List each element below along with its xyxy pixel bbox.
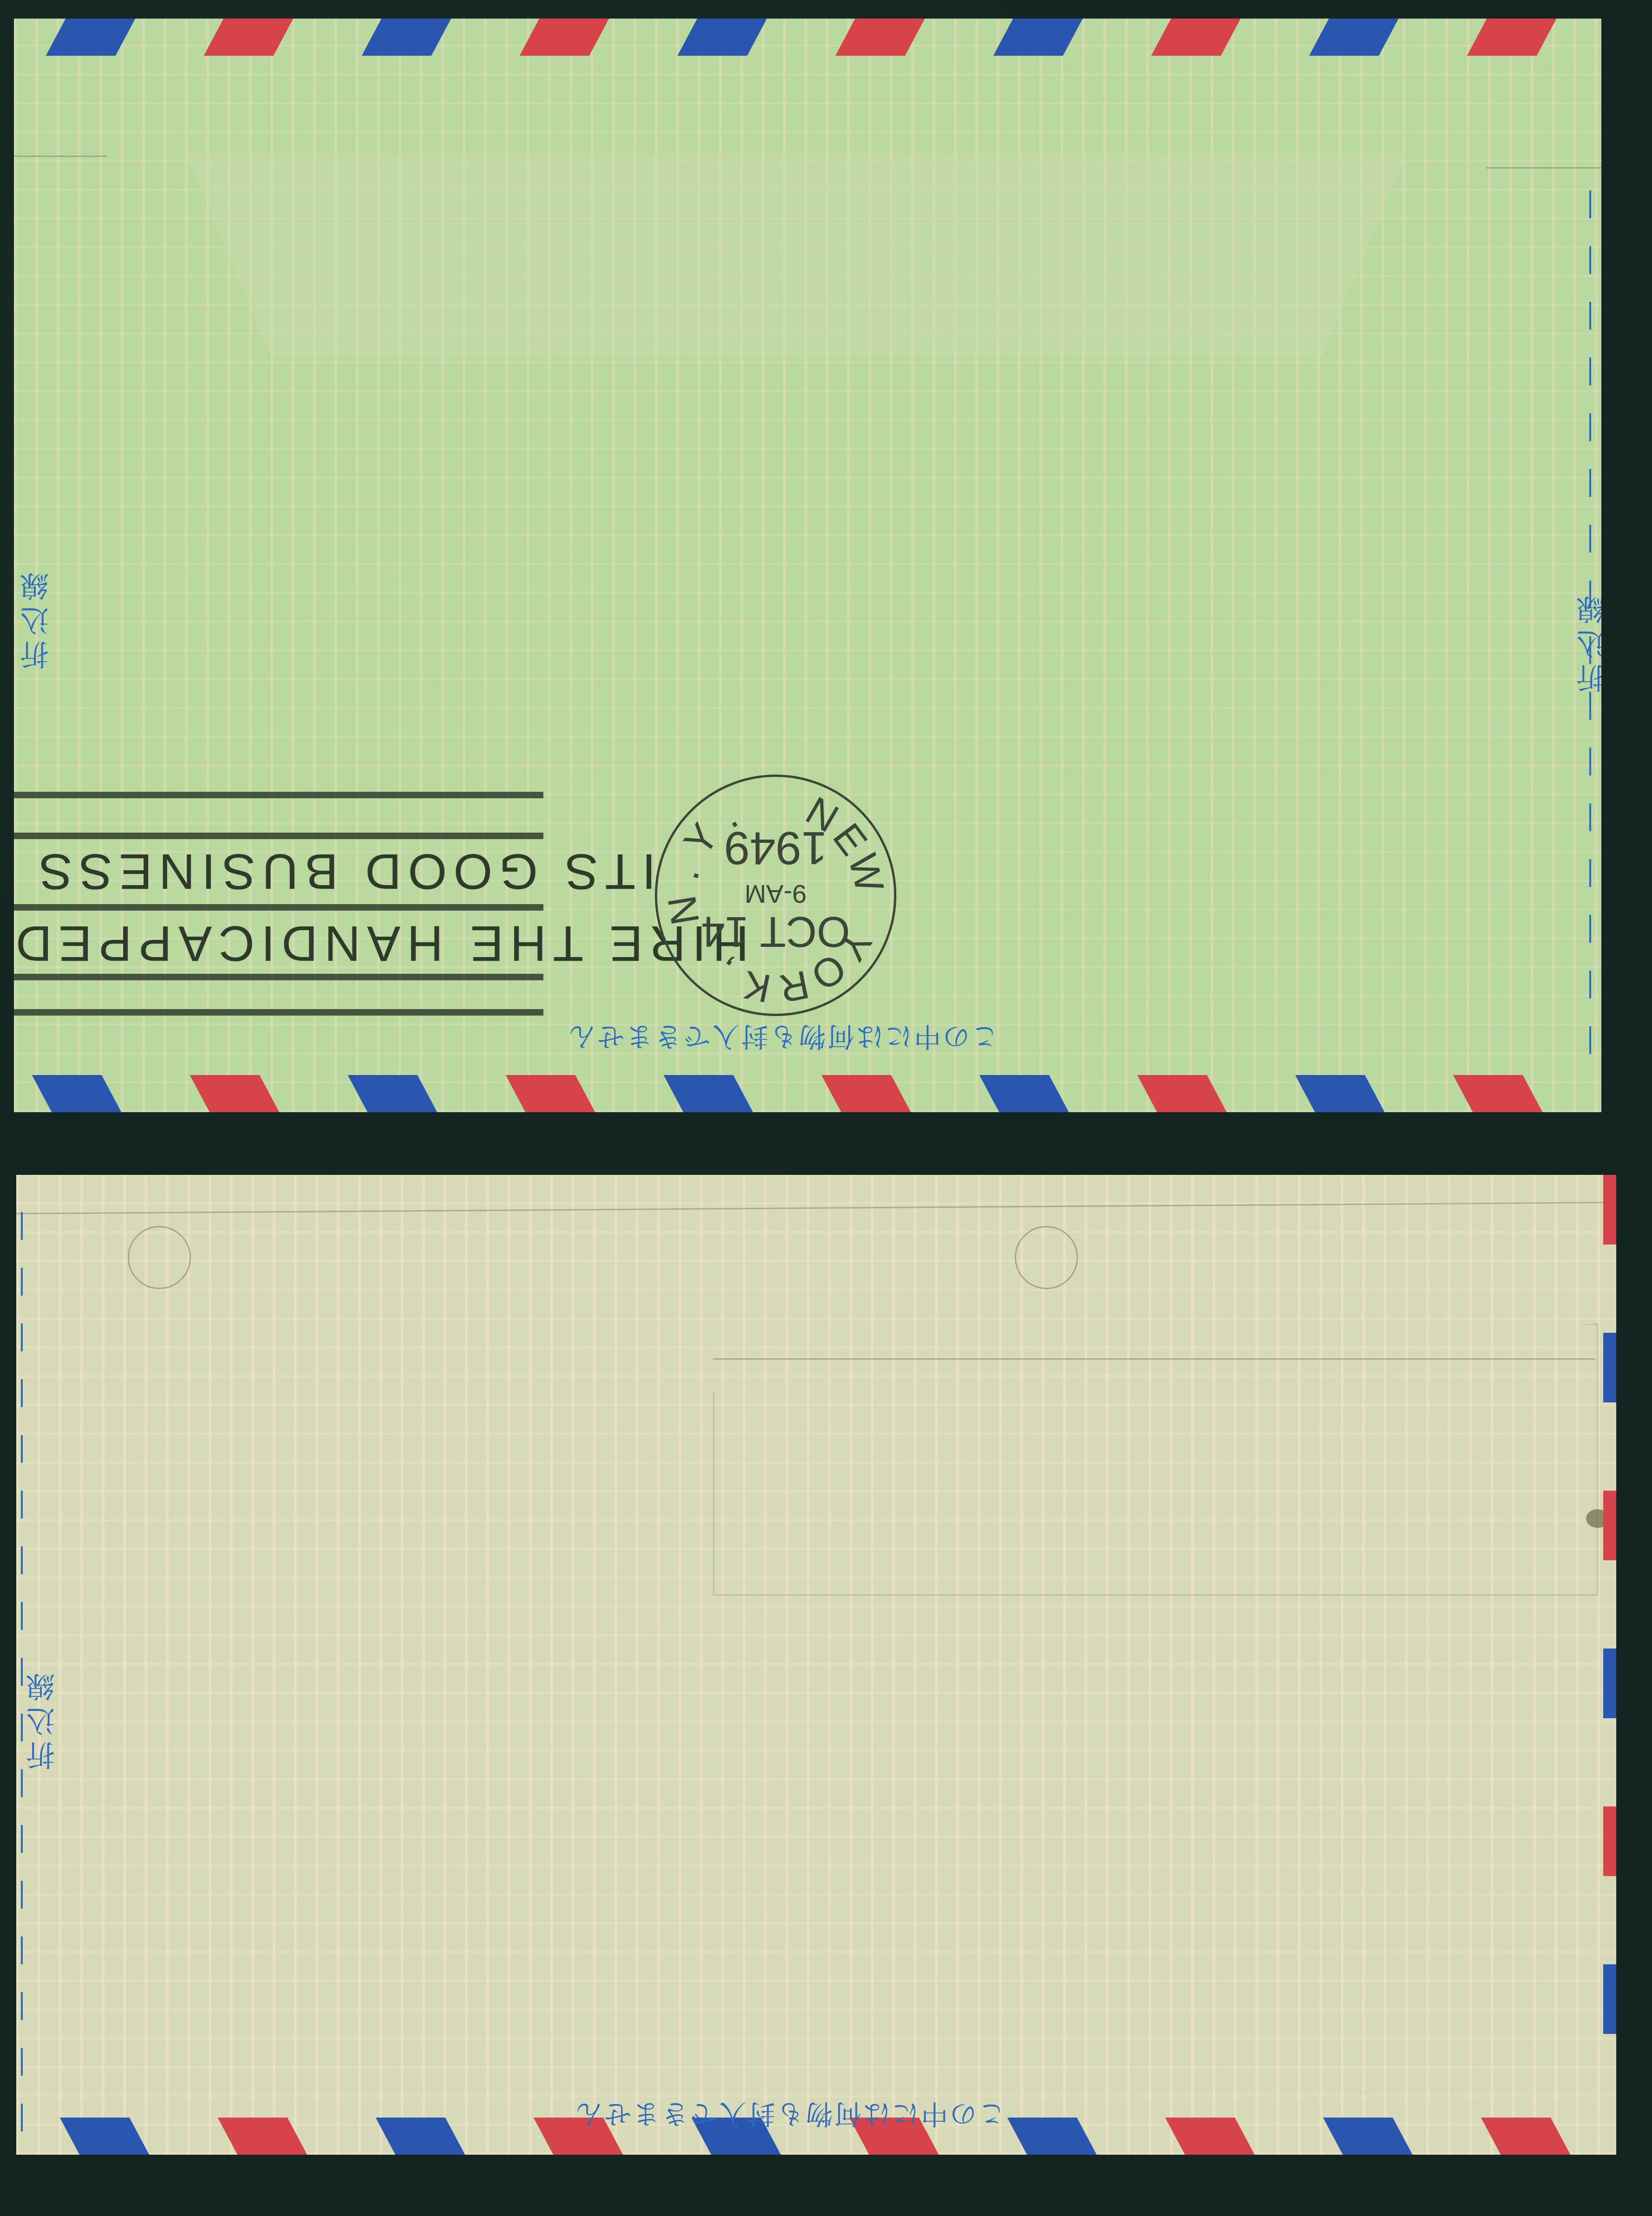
airmail-stripe-red — [1151, 19, 1241, 56]
airmail-stripe-red — [1603, 1491, 1616, 1560]
cancel-bar — [14, 1009, 543, 1016]
airmail-stripe-red — [1467, 19, 1557, 56]
airmail-stripe-red — [218, 2118, 307, 2155]
fold-line — [1486, 167, 1601, 169]
airmail-stripe-red — [520, 19, 609, 56]
airmail-stripe-blue — [678, 19, 767, 56]
airmail-stripe-blue — [1603, 1333, 1616, 1402]
airmail-stripe-blue — [1309, 19, 1399, 56]
cancel-bar — [14, 833, 543, 839]
cancel-bar — [14, 904, 543, 911]
punch-hole-mark — [128, 1226, 191, 1289]
airmail-stripe-blue — [376, 2118, 465, 2155]
airmail-stripe-red — [1481, 2118, 1571, 2155]
fold-line — [14, 156, 107, 157]
airmail-stripe-red — [1165, 2118, 1255, 2155]
slogan-line-1: HIRE THE HANDICAPPED — [14, 915, 749, 973]
airmail-stripe-red — [204, 19, 294, 56]
airmail-stripe-blue — [46, 19, 136, 56]
airmail-border-right-edge — [1602, 1175, 1616, 2155]
fold-label-left: 折込線 — [22, 1667, 63, 1770]
airmail-stripe-blue — [1007, 2118, 1097, 2155]
postmark-date: OCT 14 — [657, 907, 894, 956]
punch-hole-mark — [1015, 1226, 1078, 1289]
no-enclosures-notice: この中には何物も封入できません — [574, 2097, 1006, 2136]
airmail-stripe-blue — [1295, 1075, 1385, 1112]
postmark-year: 1949 — [657, 821, 894, 874]
aerogramme-top: 折込線 折込線 ITS GOOD BUSINESS HIRE THE HANDI… — [14, 19, 1601, 1112]
airmail-stripe-red — [822, 1075, 911, 1112]
slogan-line-2: ITS GOOD BUSINESS — [33, 843, 656, 901]
airmail-stripe-blue — [1323, 2118, 1413, 2155]
postmark-circular-datestamp: NEW YORK, N.Y. OCT 14 9-AM 1949 — [655, 775, 896, 1016]
airmail-stripe-blue — [348, 1075, 437, 1112]
cancel-bar — [14, 792, 543, 798]
airmail-stripe-red — [1137, 1075, 1227, 1112]
envelope-flap — [186, 153, 1407, 358]
fold-label-left: 折込線 — [16, 567, 57, 670]
airmail-stripe-blue — [993, 19, 1083, 56]
airmail-stripe-blue — [979, 1075, 1069, 1112]
no-enclosures-notice: この中には何物も封入できません — [567, 1019, 999, 1058]
airmail-stripe-red — [1603, 1175, 1616, 1245]
airmail-border-top — [14, 19, 1601, 60]
cancel-bar — [14, 974, 543, 980]
airmail-stripe-red — [1603, 1806, 1616, 1876]
airmail-stripe-red — [506, 1075, 595, 1112]
airmail-stripe-blue — [1603, 1649, 1616, 1718]
postmark-time: 9-AM — [657, 879, 894, 909]
airmail-stripe-red — [1453, 1075, 1543, 1112]
airmail-stripe-blue — [60, 2118, 150, 2155]
airmail-stripe-blue — [362, 19, 451, 56]
airmail-stripe-red — [190, 1075, 280, 1112]
airmail-stripe-red — [836, 19, 925, 56]
fold-label-right: 折込線 — [1572, 590, 1601, 693]
paper-texture — [16, 1175, 1616, 2155]
airmail-stripe-blue — [664, 1075, 753, 1112]
airmail-border-bottom — [14, 1070, 1601, 1112]
airmail-stripe-blue — [1603, 1964, 1616, 2034]
airmail-stripe-blue — [32, 1075, 122, 1112]
slogan-machine-cancel: ITS GOOD BUSINESS HIRE THE HANDICAPPED — [14, 782, 543, 1015]
aerogramme-bottom: 折込線 この中には何物も封入できません — [16, 1175, 1616, 2155]
